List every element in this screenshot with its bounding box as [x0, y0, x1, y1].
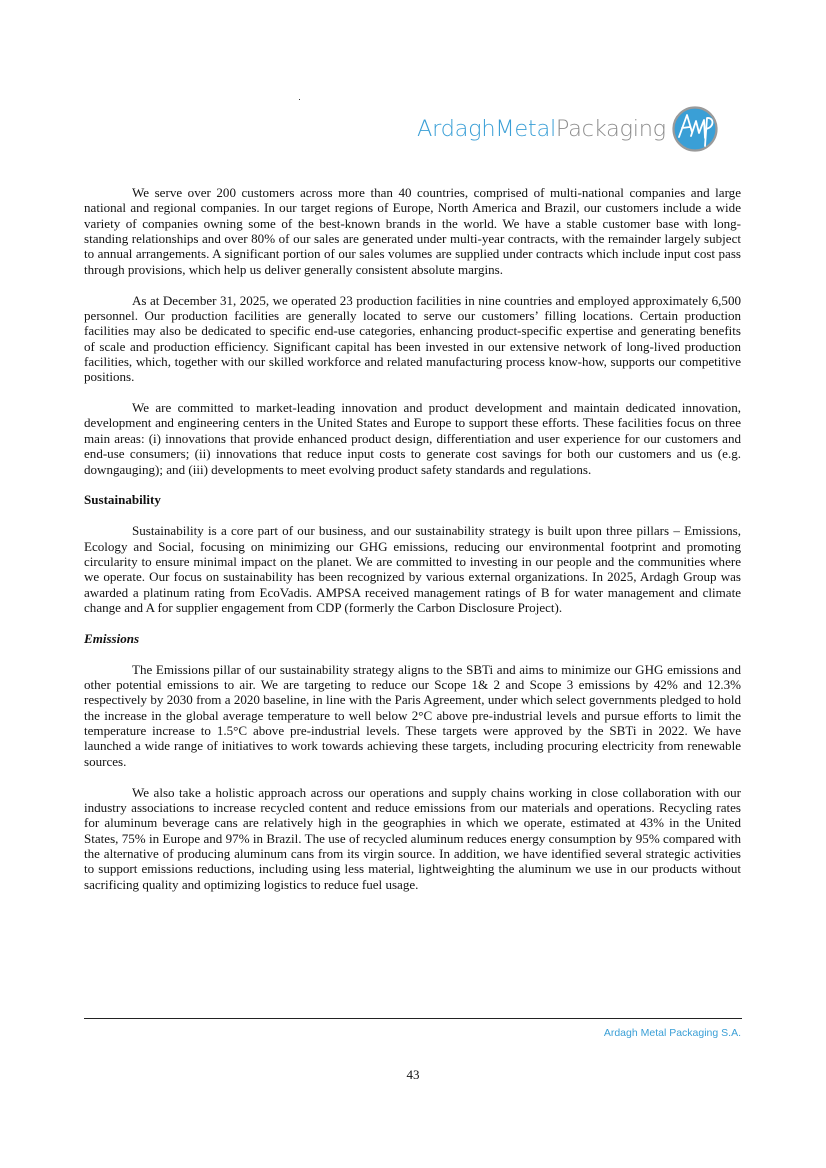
logo-word-metal: Metal	[495, 116, 556, 142]
paragraph-innovation: We are committed to market-leading innov…	[84, 400, 741, 477]
company-logo: ArdaghMetalPackaging	[417, 104, 718, 154]
page-number: 43	[0, 1067, 826, 1083]
heading-sustainability: Sustainability	[84, 492, 741, 507]
paragraph-recycling: We also take a holistic approach across …	[84, 785, 741, 892]
subheading-emissions: Emissions	[84, 631, 741, 646]
amp-logo-icon	[672, 106, 718, 152]
logo-wordmark: ArdaghMetalPackaging	[417, 118, 666, 141]
footer-divider	[84, 1018, 742, 1019]
logo-word-ardagh: Ardagh	[417, 116, 495, 142]
paragraph-emissions-targets: The Emissions pillar of our sustainabili…	[84, 662, 741, 769]
logo-word-packaging: Packaging	[556, 116, 666, 142]
paragraph-production-facilities: As at December 31, 2025, we operated 23 …	[84, 293, 741, 385]
paragraph-customers: We serve over 200 customers across more …	[84, 185, 741, 277]
paragraph-sustainability: Sustainability is a core part of our bus…	[84, 523, 741, 615]
footer-company-name: Ardagh Metal Packaging S.A.	[604, 1027, 741, 1039]
stray-mark	[299, 99, 300, 100]
document-body: We serve over 200 customers across more …	[84, 185, 741, 907]
